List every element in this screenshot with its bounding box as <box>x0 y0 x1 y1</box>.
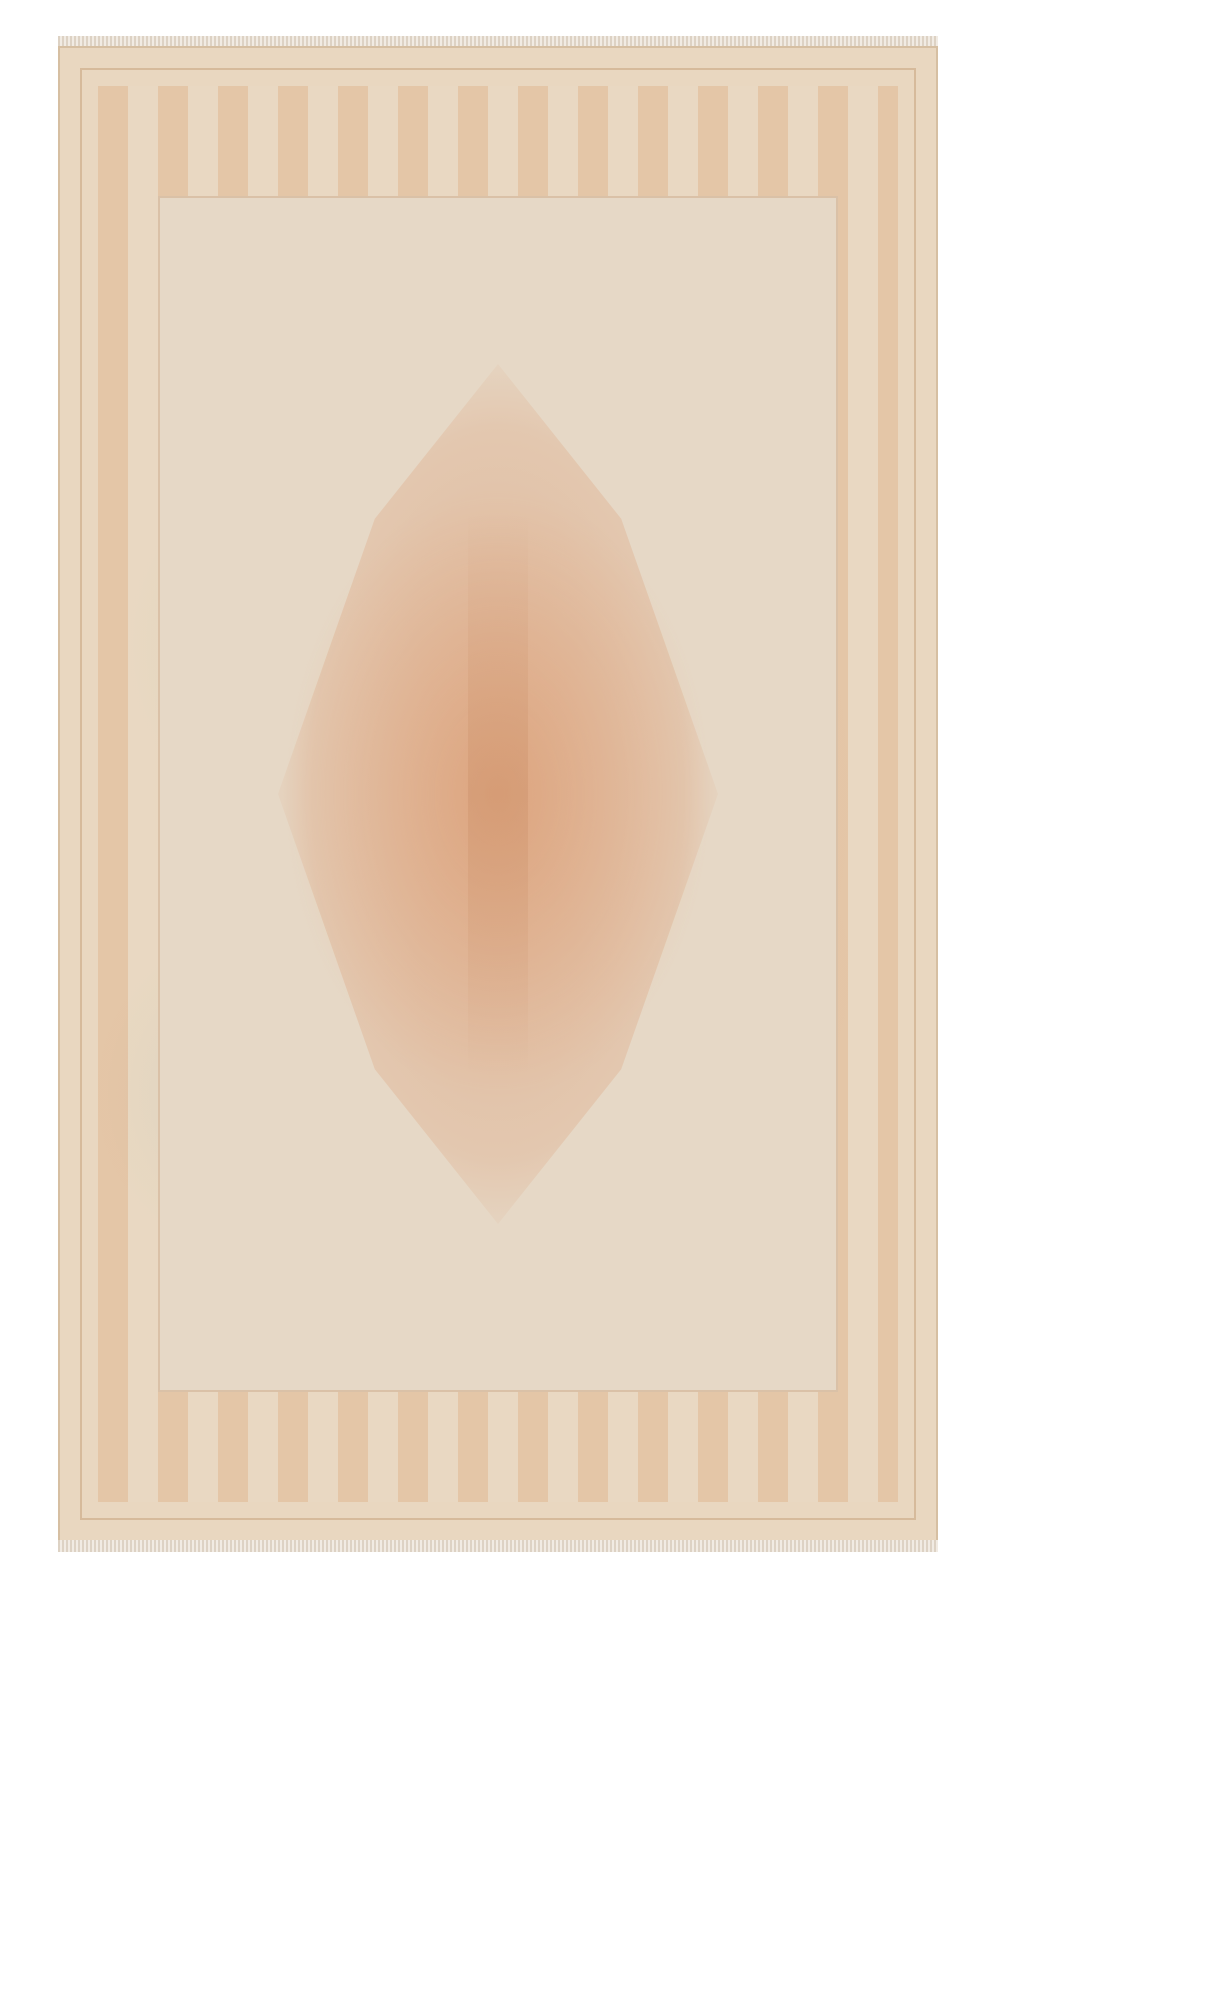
rug-medallion-core <box>468 514 528 1074</box>
rug <box>58 46 938 1542</box>
rug-fringe-bottom <box>58 1540 938 1552</box>
rug-field <box>158 196 838 1392</box>
